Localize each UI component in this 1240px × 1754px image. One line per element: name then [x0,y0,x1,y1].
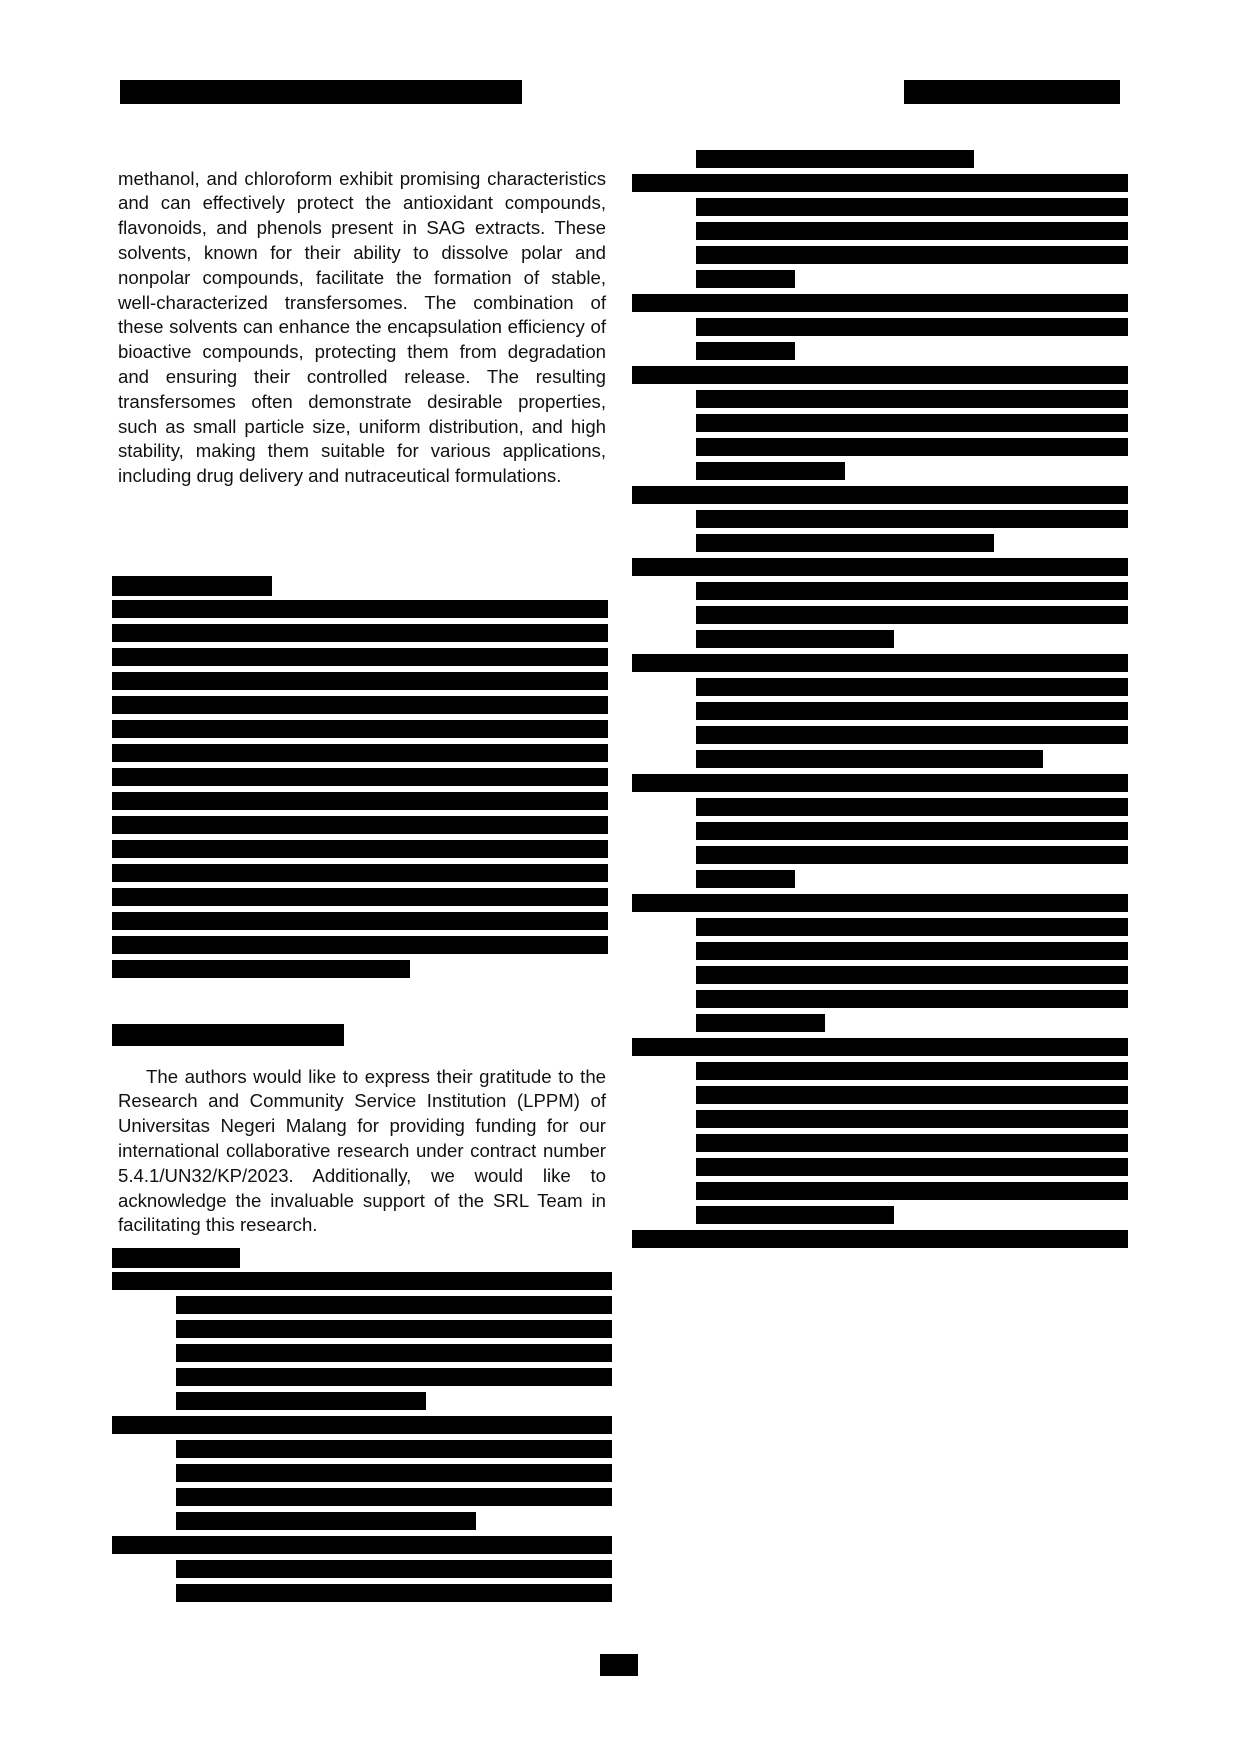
conclusion-section [112,576,608,992]
references-heading [112,1248,240,1268]
references-continued [632,150,1128,1630]
discussion-paragraph: methanol, and chloroform exhibit promisi… [118,167,606,489]
conclusion-heading [112,576,272,596]
acknowledgment-paragraph: The authors would like to express their … [118,1065,606,1239]
running-header-journal-title [120,80,522,104]
page-number [600,1654,638,1676]
running-header-authors [904,80,1120,104]
references-section [112,1248,612,1628]
acknowledgment-heading [112,1024,344,1046]
